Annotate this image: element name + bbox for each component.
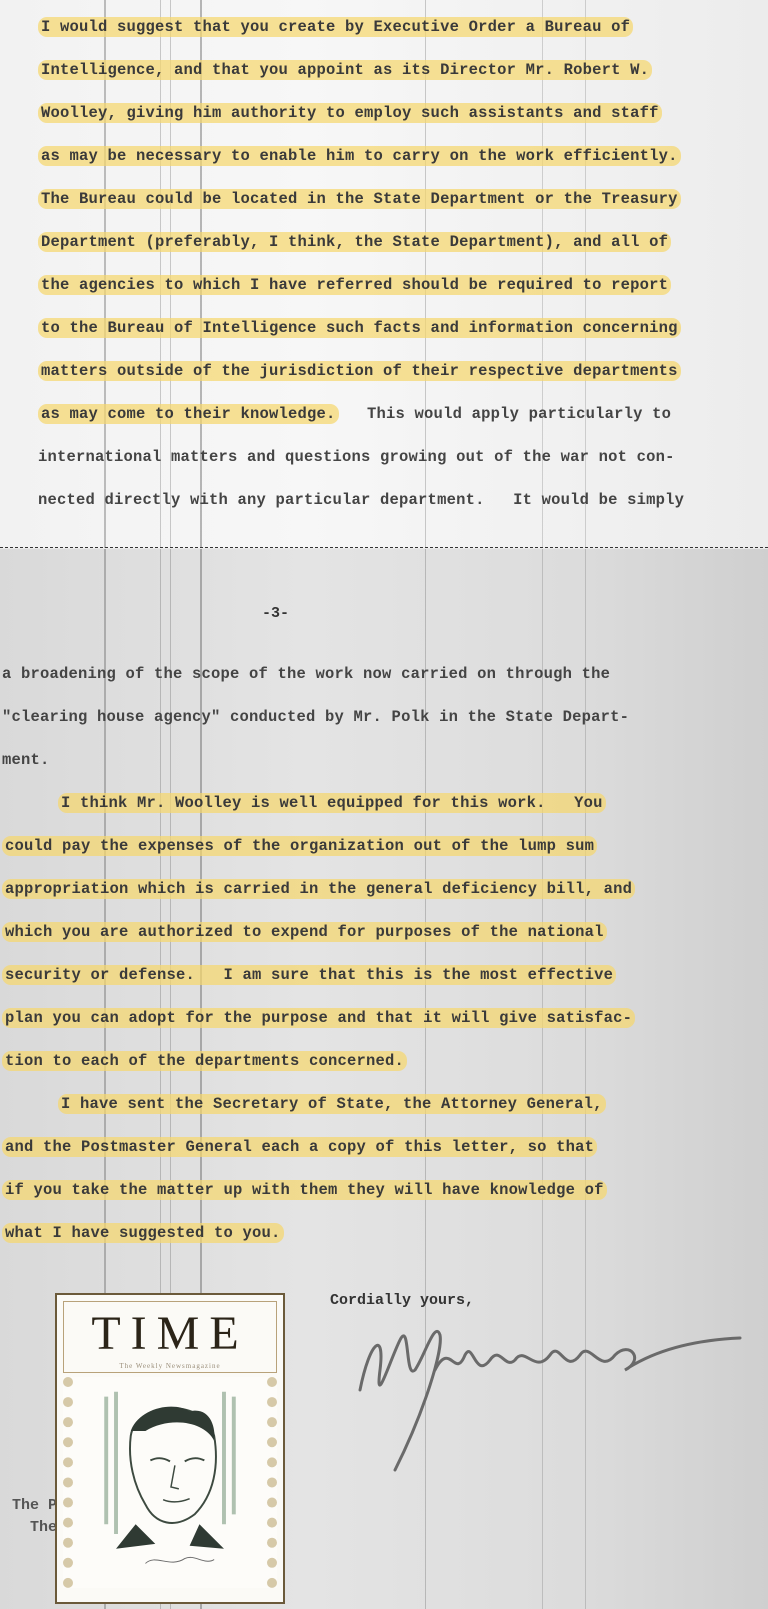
text-line: appropriation which is carried in the ge… xyxy=(2,878,635,900)
highlighted-text: The Bureau could be located in the State… xyxy=(38,189,681,209)
text-line: what I have suggested to you. xyxy=(2,1222,284,1244)
text-line: The Bureau could be located in the State… xyxy=(38,188,681,210)
highlighted-text: I would suggest that you create by Execu… xyxy=(38,17,633,37)
highlighted-text: I have sent the Secretary of State, the … xyxy=(58,1094,606,1114)
text-line: which you are authorized to expend for p… xyxy=(2,921,607,943)
text-line: I have sent the Secretary of State, the … xyxy=(58,1093,606,1115)
highlighted-text: Intelligence, and that you appoint as it… xyxy=(38,60,652,80)
text-line: Department (preferably, I think, the Sta… xyxy=(38,231,671,253)
text-line: Intelligence, and that you appoint as it… xyxy=(38,59,652,81)
text-line: as may be necessary to enable him to car… xyxy=(38,145,681,167)
magazine-title: TIME xyxy=(64,1306,276,1362)
highlighted-text: and the Postmaster General each a copy o… xyxy=(2,1137,597,1157)
highlighted-text: if you take the matter up with them they… xyxy=(2,1180,607,1200)
highlighted-text: matters outside of the jurisdiction of t… xyxy=(38,361,681,381)
line-text: This would apply particularly to xyxy=(339,405,672,423)
handwritten-signature xyxy=(355,1300,755,1480)
text-line: the agencies to which I have referred sh… xyxy=(38,274,671,296)
line-text: nected directly with any particular depa… xyxy=(38,491,684,509)
highlighted-text: as may come to their knowledge. xyxy=(38,404,339,424)
highlighted-text: appropriation which is carried in the ge… xyxy=(2,879,635,899)
text-line: nected directly with any particular depa… xyxy=(38,489,684,511)
text-line: I think Mr. Woolley is well equipped for… xyxy=(58,792,606,814)
time-magazine-cover: TIME The Weekly Newsmagazine xyxy=(55,1293,285,1604)
letter-page-top: I would suggest that you create by Execu… xyxy=(0,0,768,548)
highlighted-text: Woolley, giving him authority to employ … xyxy=(38,103,662,123)
text-line: plan you can adopt for the purpose and t… xyxy=(2,1007,635,1029)
page-divider xyxy=(0,547,768,548)
text-line: international matters and questions grow… xyxy=(38,446,675,468)
text-line: matters outside of the jurisdiction of t… xyxy=(38,360,681,382)
highlighted-text: I think Mr. Woolley is well equipped for… xyxy=(58,793,606,813)
text-line: Woolley, giving him authority to employ … xyxy=(38,102,662,124)
text-line: to the Bureau of Intelligence such facts… xyxy=(38,317,681,339)
highlighted-text: what I have suggested to you. xyxy=(2,1223,284,1243)
text-line: ment. xyxy=(2,749,50,771)
line-text: ment. xyxy=(2,751,50,769)
highlighted-text: to the Bureau of Intelligence such facts… xyxy=(38,318,681,338)
portrait-sketch xyxy=(63,1377,277,1588)
line-text: a broadening of the scope of the work no… xyxy=(2,665,610,683)
text-line: if you take the matter up with them they… xyxy=(2,1179,607,1201)
line-text: "clearing house agency" conducted by Mr.… xyxy=(2,708,629,726)
highlighted-text: could pay the expenses of the organizati… xyxy=(2,836,597,856)
page-number: -3- xyxy=(262,605,289,622)
highlighted-text: plan you can adopt for the purpose and t… xyxy=(2,1008,635,1028)
highlighted-text: as may be necessary to enable him to car… xyxy=(38,146,681,166)
text-line: could pay the expenses of the organizati… xyxy=(2,835,597,857)
text-line: I would suggest that you create by Execu… xyxy=(38,16,633,38)
highlighted-text: Department (preferably, I think, the Sta… xyxy=(38,232,671,252)
magazine-masthead: TIME The Weekly Newsmagazine xyxy=(63,1301,277,1373)
magazine-tagline: The Weekly Newsmagazine xyxy=(64,1362,276,1370)
highlighted-text: the agencies to which I have referred sh… xyxy=(38,275,671,295)
text-line: and the Postmaster General each a copy o… xyxy=(2,1136,597,1158)
text-line: as may come to their knowledge. This wou… xyxy=(38,403,671,425)
text-line: security or defense. I am sure that this… xyxy=(2,964,616,986)
text-line: "clearing house agency" conducted by Mr.… xyxy=(2,706,629,728)
highlighted-text: security or defense. I am sure that this… xyxy=(2,965,616,985)
highlighted-text: tion to each of the departments concerne… xyxy=(2,1051,407,1071)
text-line: tion to each of the departments concerne… xyxy=(2,1050,407,1072)
line-text: international matters and questions grow… xyxy=(38,448,675,466)
text-line: a broadening of the scope of the work no… xyxy=(2,663,610,685)
portrait-icon xyxy=(73,1377,267,1588)
highlighted-text: which you are authorized to expend for p… xyxy=(2,922,607,942)
